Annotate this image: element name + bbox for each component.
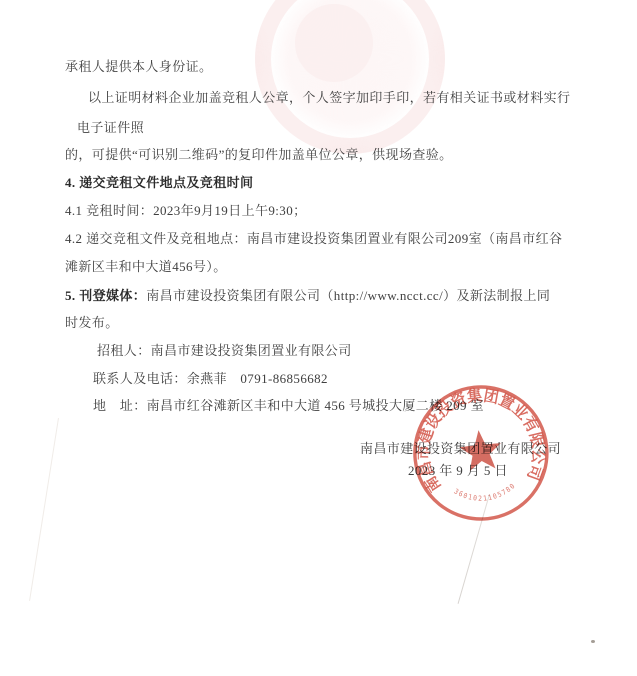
- doc-line-materials: 以上证明材料企业加盖竞租人公章，个人签字加印手印，若有相关证书或材料实行: [88, 89, 570, 106]
- svg-text:3601021105780: 3601021105780: [452, 481, 519, 506]
- section-5-text: 南昌市建设投资集团有限公司（http://www.ncct.cc/）及新法制报上…: [146, 288, 550, 303]
- section-4-heading: 4. 递交竞租文件地点及竞租时间: [65, 174, 253, 191]
- doc-line-contact: 联系人及电话：余燕菲 0791-86856682: [93, 370, 328, 387]
- section-5-line: 5. 刊登媒体：南昌市建设投资集团有限公司（http://www.ncct.cc…: [65, 287, 550, 304]
- speck: [591, 640, 595, 643]
- crease-mark-left: [29, 418, 59, 601]
- document-page: 承租人提供本人身份证。 以上证明材料企业加盖竞租人公章，个人签字加印手印，若有相…: [0, 0, 637, 676]
- doc-line-idcard: 承租人提供本人身份证。: [65, 58, 212, 75]
- company-seal: 南昌市建设投资集团置业有限公司 3601021105780: [397, 370, 564, 537]
- doc-line-lessor: 招租人：南昌市建设投资集团置业有限公司: [97, 342, 352, 359]
- doc-line-5-cont: 时发布。: [65, 314, 119, 331]
- doc-line-4-1-time: 4.1 竞租时间：2023年9月19日上午9:30；: [65, 202, 307, 219]
- doc-line-4-2-cont: 滩新区丰和中大道456号）。: [65, 258, 227, 275]
- doc-line-qrcode: 的，可提供“可识别二维码”的复印件加盖单位公章，供现场查验。: [65, 146, 453, 163]
- doc-line-ecert: 电子证件照: [77, 119, 144, 136]
- seal-code: 3601021105780: [452, 481, 519, 506]
- section-5-heading: 5. 刊登媒体：: [65, 288, 146, 303]
- bleedthrough-seal-center: [295, 4, 373, 82]
- seal-star-icon: [458, 428, 504, 472]
- doc-line-4-2-place: 4.2 递交竞租文件及竞租地点：南昌市建设投资集团置业有限公司209室（南昌市红…: [65, 230, 562, 247]
